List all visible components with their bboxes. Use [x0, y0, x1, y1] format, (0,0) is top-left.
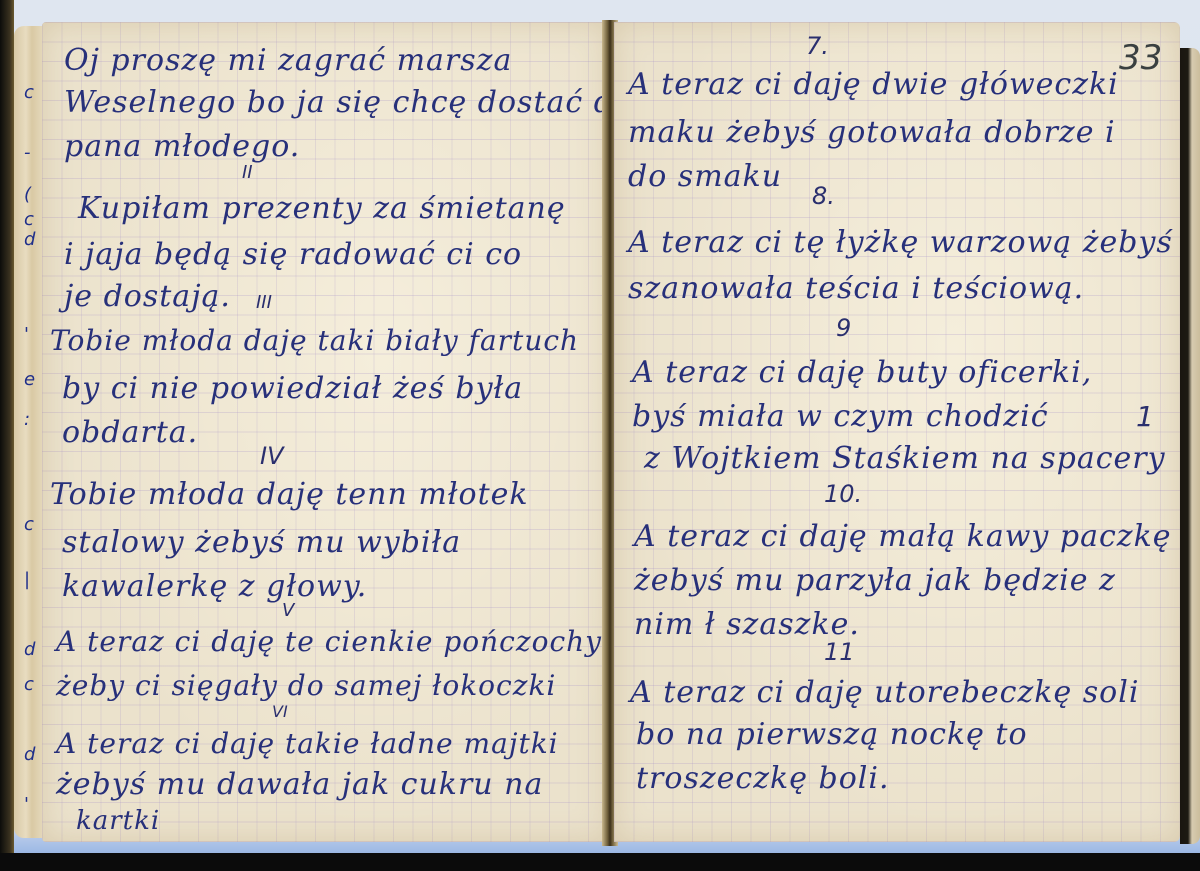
text-line: troszeczkę boli.	[636, 764, 889, 794]
margin-mark: d	[24, 746, 30, 764]
text-line: Tobie młoda daję tenn młotek	[50, 480, 529, 510]
scanner-edge-bottom	[0, 853, 1200, 871]
margin-mark: d	[24, 231, 30, 249]
margin-mark: c	[24, 676, 30, 694]
text-line: żeby ci sięgały do samej łokoczki	[56, 672, 556, 700]
margin-mark: c	[24, 84, 30, 102]
text-line: A teraz ci daję utorebeczkę soli	[630, 678, 1139, 708]
page-number: 33	[1119, 38, 1162, 78]
text-line: z Wojtkiem Staśkiem na spacery	[644, 444, 1166, 474]
text-line: je dostają.	[64, 282, 231, 312]
margin-note: 1	[1136, 400, 1154, 433]
margin-mark: (	[24, 186, 30, 204]
text-line: byś miała w czym chodzić	[632, 402, 1049, 432]
section-heading: 7.	[806, 32, 829, 60]
text-line: pana młodego.	[64, 132, 300, 162]
section-heading: II	[242, 162, 253, 183]
text-line: Oj proszę mi zagrać marsza	[64, 46, 512, 76]
text-line: do smaku	[628, 162, 782, 192]
text-line: nim ł szaszke.	[634, 610, 860, 640]
margin-mark: c	[24, 516, 30, 534]
margin-mark: -	[24, 144, 30, 162]
text-line: A teraz ci daję takie ładne majtki	[56, 730, 559, 758]
margin-mark: c	[24, 211, 30, 229]
text-line: i jaja będą się radować ci co	[64, 240, 522, 270]
text-line: obdarta.	[62, 418, 198, 448]
section-heading: V	[282, 600, 294, 621]
text-line: A teraz ci daję małą kawy paczkę	[634, 522, 1172, 552]
section-heading: 9	[836, 314, 851, 342]
text-line: Kupiłam prezenty za śmietanę	[78, 194, 566, 224]
text-line: maku żebyś gotowała dobrze i	[628, 118, 1116, 148]
right-page: 33 7. A teraz ci daję dwie główeczki mak…	[614, 22, 1180, 842]
text-line: A teraz ci daję buty oficerki,	[632, 358, 1092, 388]
margin-mark: '	[24, 326, 30, 344]
text-line: kawalerkę z głowy.	[62, 572, 367, 602]
text-line: Tobie młoda daję taki biały fartuch	[50, 327, 579, 355]
scanner-edge-left	[0, 0, 14, 871]
section-heading: 8.	[812, 182, 835, 210]
margin-mark: |	[24, 571, 30, 589]
section-heading: VI	[272, 702, 288, 721]
text-line: A teraz ci daję te cienkie pończochy	[56, 628, 602, 656]
text-line: A teraz ci daję dwie główeczki	[628, 70, 1119, 100]
section-heading: IV	[260, 442, 284, 470]
notebook-cover-edge	[1180, 48, 1200, 844]
text-line: kartki	[76, 808, 160, 834]
text-line: stalowy żebyś mu wybiła	[62, 528, 461, 558]
text-line: by ci nie powiedział żeś była	[62, 374, 523, 404]
margin-mark: :	[24, 411, 30, 429]
left-page: Oj proszę mi zagrać marsza Weselnego bo …	[42, 22, 608, 842]
text-line: żebyś mu parzyła jak będzie z	[634, 566, 1116, 596]
margin-mark: '	[24, 796, 30, 814]
text-line: A teraz ci tę łyżkę warzową żebyś	[628, 228, 1173, 258]
text-line: żebyś mu dawała jak cukru na	[56, 770, 543, 800]
page-edges: c - ( c d ' e : c | d c d '	[14, 26, 44, 838]
notebook-spread: c - ( c d ' e : c | d c d ' Oj proszę mi…	[14, 14, 1200, 844]
margin-mark: e	[24, 371, 30, 389]
section-heading: 10.	[824, 480, 862, 508]
text-line: bo na pierwszą nockę to	[636, 720, 1028, 750]
margin-mark: d	[24, 641, 30, 659]
section-heading: III	[256, 292, 272, 313]
section-heading: 11	[824, 638, 855, 666]
text-line: Weselnego bo ja się chcę dostać do	[64, 88, 633, 118]
text-line: szanowała teścia i teściową.	[628, 274, 1084, 304]
